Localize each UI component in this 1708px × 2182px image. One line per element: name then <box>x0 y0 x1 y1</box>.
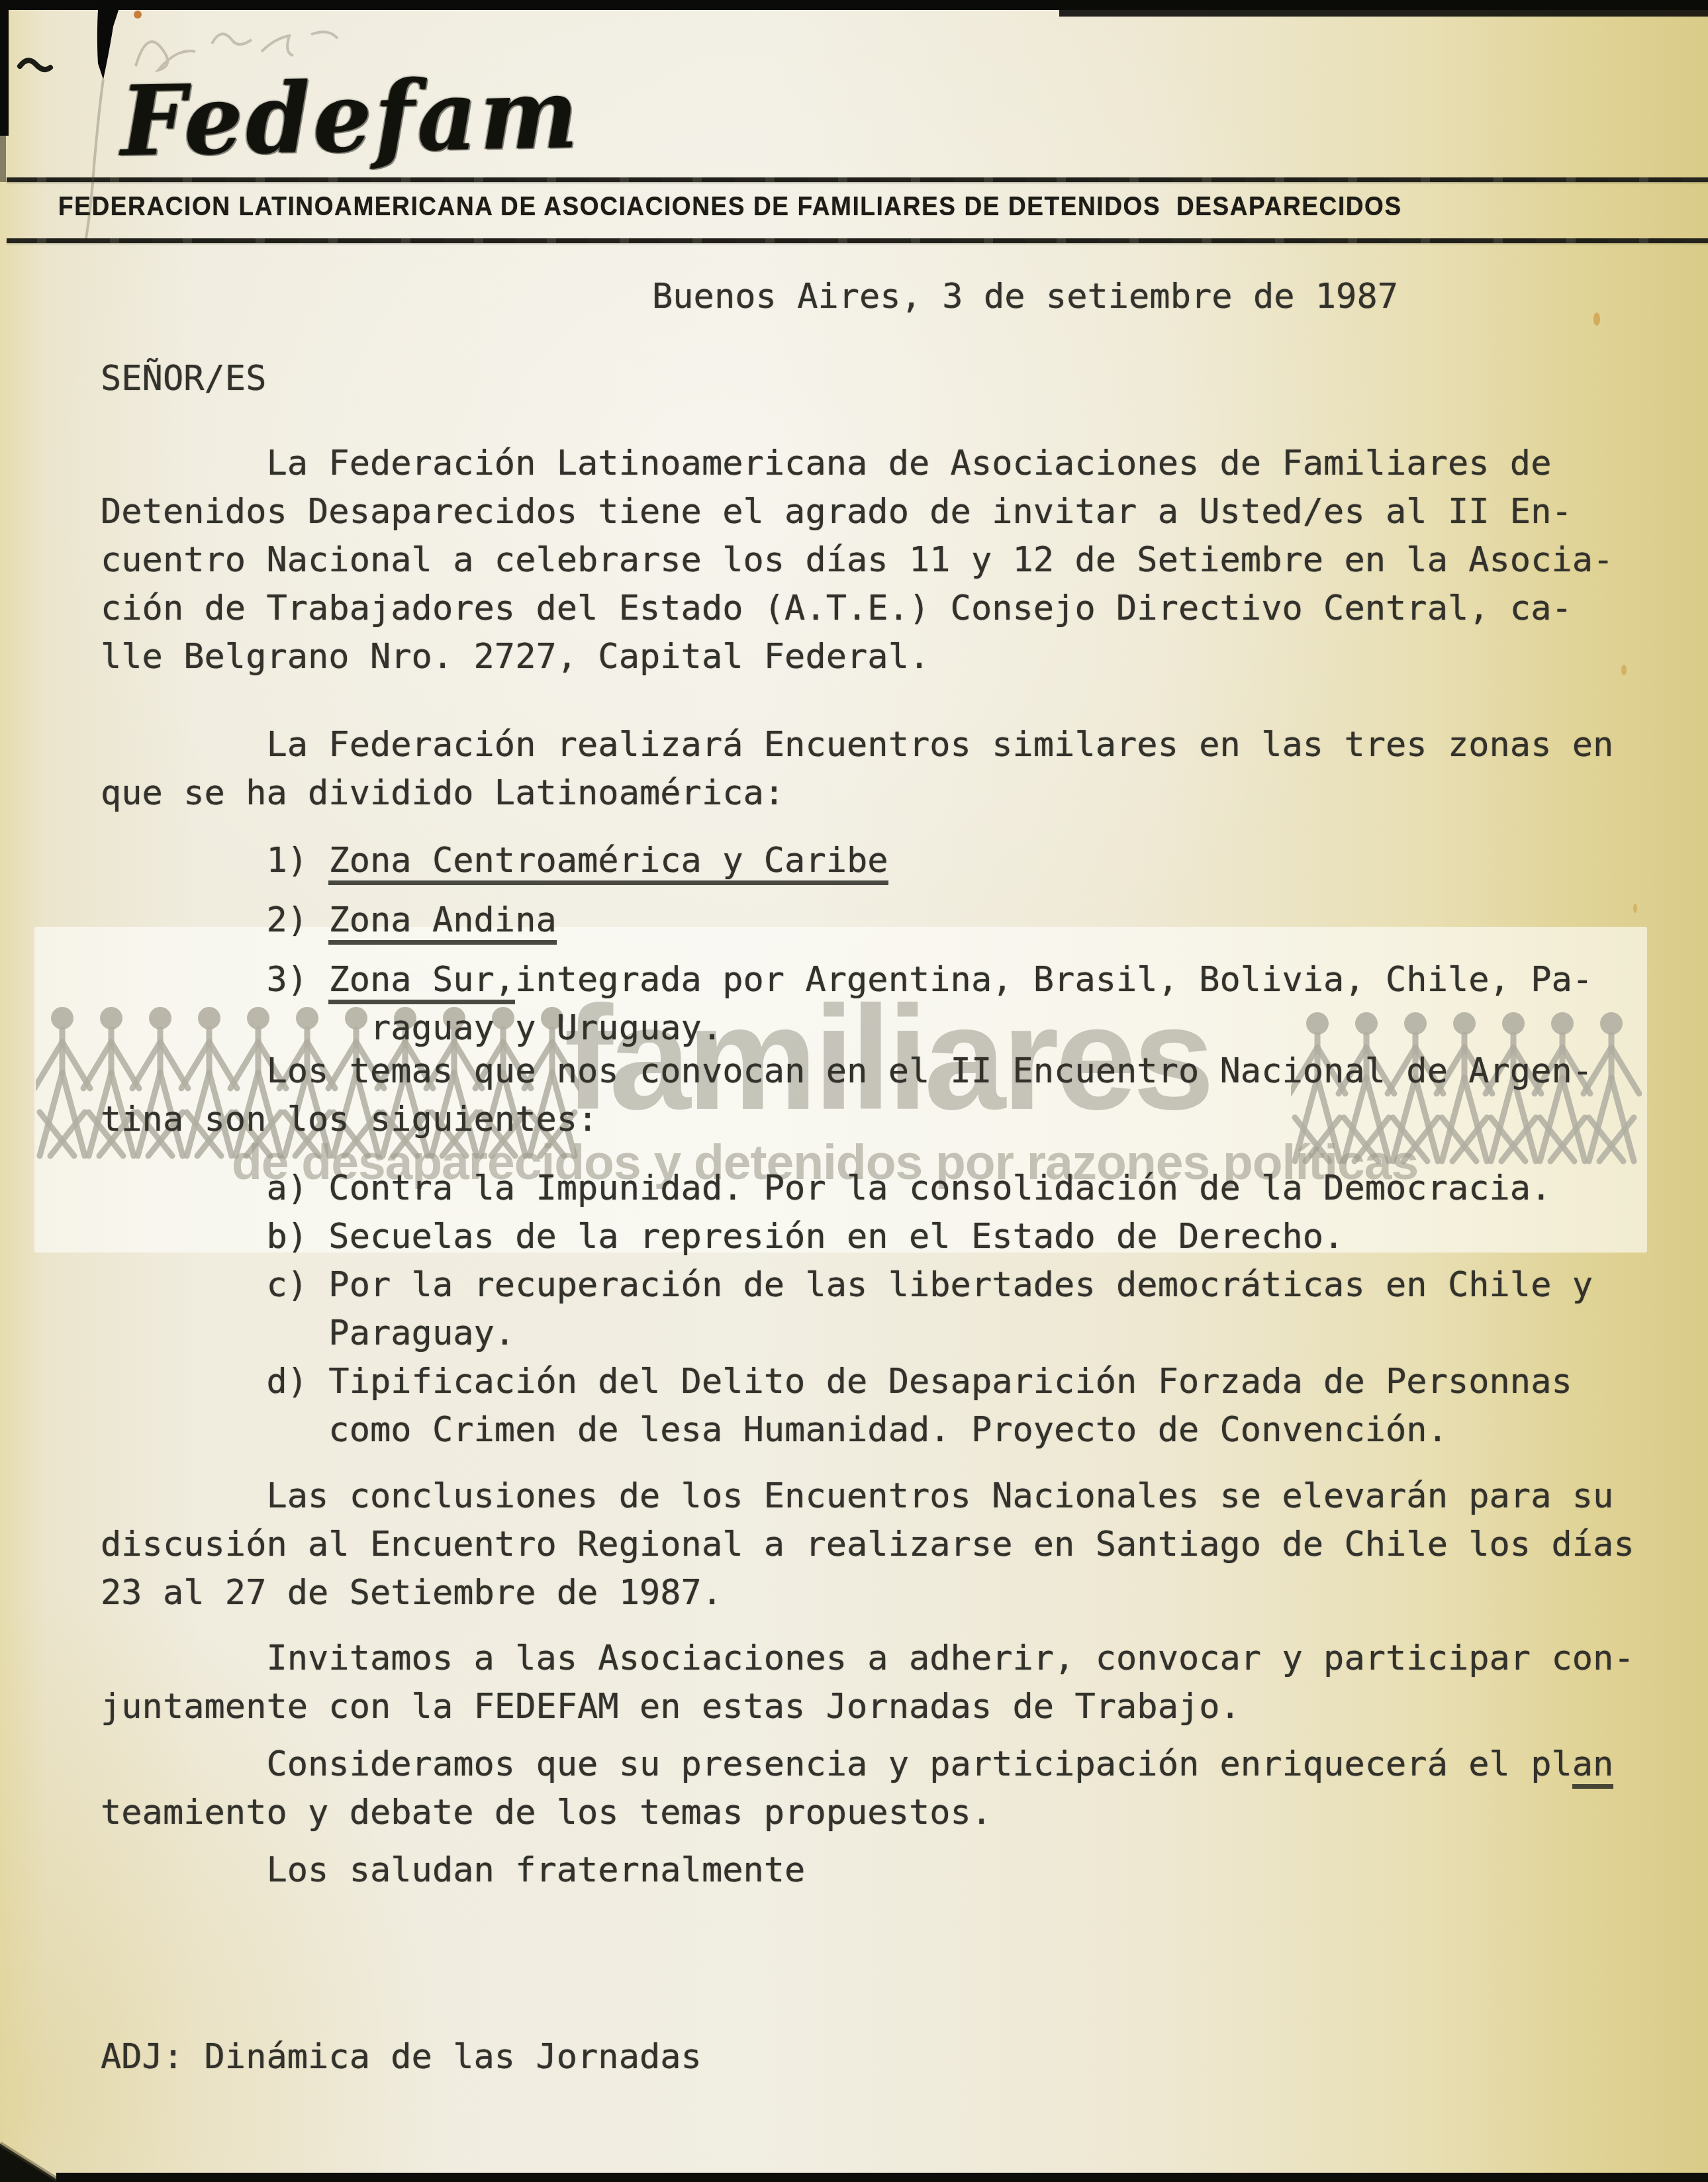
scan-left-bar <box>0 0 9 136</box>
ink-smudge-mark <box>20 60 50 70</box>
scan-bottom-bar <box>56 2173 1708 2182</box>
orange-speck <box>1621 665 1627 675</box>
paper-crease-line <box>86 79 103 238</box>
scan-top-bar-right <box>1059 0 1708 17</box>
paper-tear-mark <box>97 0 122 79</box>
scan-artifacts-overlay <box>0 0 1708 2182</box>
orange-speck <box>134 11 142 19</box>
orange-speck <box>1633 904 1637 913</box>
orange-speck <box>1593 312 1600 326</box>
scan-left-bar-fade <box>0 136 6 182</box>
scanned-letter-page: familiares de desaparecidos y detenidos … <box>0 0 1708 2182</box>
pencil-annotation <box>136 32 338 70</box>
